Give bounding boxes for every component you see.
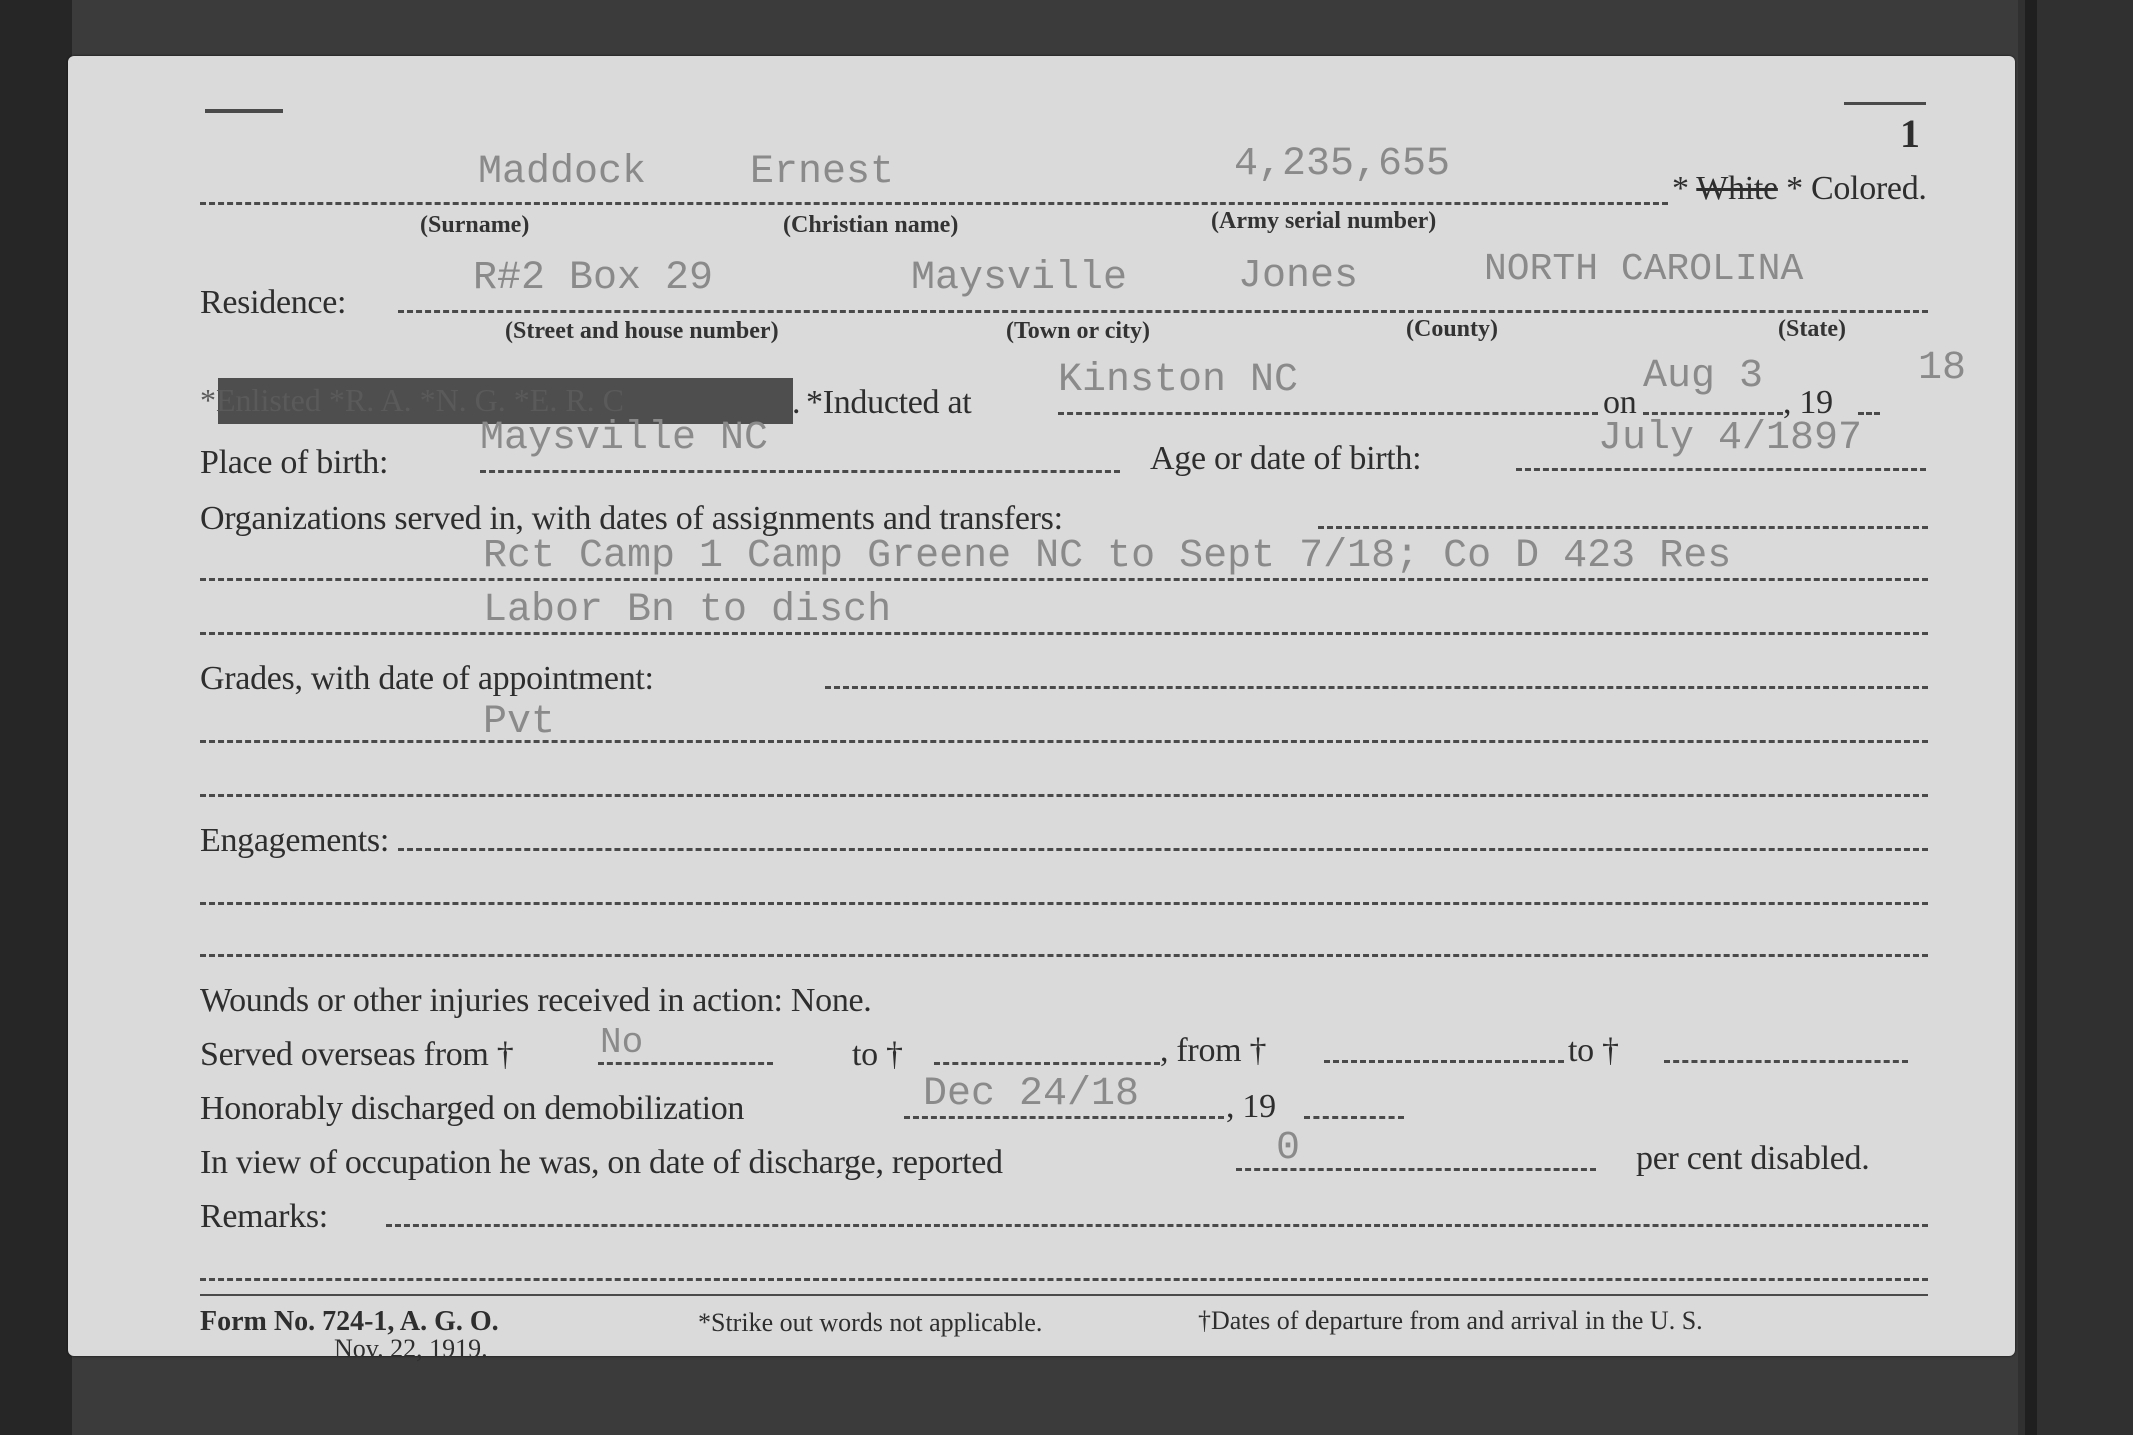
remarks-label: Remarks: xyxy=(200,1198,328,1236)
grades-line-0 xyxy=(825,686,1928,689)
residence-label: Residence: xyxy=(200,284,346,322)
page-number-overline xyxy=(1844,102,1926,105)
overseas-to-label: to † xyxy=(852,1036,903,1074)
discharge-year-prefix: , 19 xyxy=(1226,1088,1276,1126)
inducted-line xyxy=(1058,412,1598,415)
race-colored: Colored. xyxy=(1811,170,1927,207)
grades-line-2 xyxy=(200,794,1928,797)
overseas-from-value: No xyxy=(600,1022,643,1063)
organizations-value-1: Labor Bn to disch xyxy=(483,588,891,633)
discharge-label: Honorably discharged on demobilization xyxy=(200,1090,744,1128)
organizations-line-1 xyxy=(200,578,1928,581)
remarks-line-1 xyxy=(200,1278,1928,1281)
name-line xyxy=(200,202,1668,205)
date-of-birth-line xyxy=(1516,468,1926,471)
organizations-value-0: Rct Camp 1 Camp Greene NC to Sept 7/18; … xyxy=(483,534,1731,579)
engagements-line-0 xyxy=(398,848,1928,851)
wounds-label: Wounds or other injuries received in act… xyxy=(200,982,872,1020)
engagements-label: Engagements: xyxy=(200,822,389,860)
overseas-from-label: Served overseas from † xyxy=(200,1036,513,1074)
race-asterisk-2: * xyxy=(1786,170,1803,207)
discharge-date-value: Dec 24/18 xyxy=(923,1072,1139,1117)
organizations-line-2 xyxy=(200,632,1928,635)
induction-year-value: 18 xyxy=(1918,346,1966,391)
place-of-birth-label: Place of birth: xyxy=(200,444,388,482)
overseas-to2-label: to † xyxy=(1568,1032,1619,1070)
residence-state-value: NORTH CAROLINA xyxy=(1484,248,1803,291)
residence-town-value: Maysville xyxy=(911,256,1127,301)
race-options: * White * Colored. xyxy=(1672,170,1927,208)
serial-number-label: (Army serial number) xyxy=(1211,208,1436,235)
place-of-birth-value: Maysville NC xyxy=(480,416,768,461)
surname-label: (Surname) xyxy=(420,212,529,239)
induction-year-line xyxy=(1858,412,1880,415)
disability-line xyxy=(1236,1168,1596,1171)
date-of-birth-label: Age or date of birth: xyxy=(1150,440,1421,478)
race-white-struck: White xyxy=(1696,170,1778,207)
residence-street-value: R#2 Box 29 xyxy=(473,256,713,301)
induction-date-value: Aug 3 xyxy=(1643,354,1763,399)
disability-value: 0 xyxy=(1276,1126,1300,1171)
inducted-place-value: Kinston NC xyxy=(1058,358,1298,403)
grades-line-1 xyxy=(200,740,1928,743)
disability-suffix: per cent disabled. xyxy=(1636,1140,1869,1178)
enlisted-options-redacted: *Enlisted *R. A. *N. G. *E. R. C xyxy=(200,382,624,419)
discharge-year-line xyxy=(1304,1116,1404,1119)
grades-value-0: Pvt xyxy=(483,700,555,745)
service-record-card: 1 Maddock Ernest 4,235,655 * White * Col… xyxy=(68,56,2015,1356)
race-asterisk-1: * xyxy=(1672,170,1689,207)
residence-county-value: Jones xyxy=(1238,254,1358,299)
induction-date-line xyxy=(1643,412,1783,415)
discharge-date-line xyxy=(904,1116,1224,1119)
residence-line xyxy=(398,310,1928,313)
remarks-line-0 xyxy=(386,1224,1928,1227)
christian-name-label: (Christian name) xyxy=(783,212,958,239)
county-label: (County) xyxy=(1406,316,1498,343)
surname-value: Maddock xyxy=(478,150,646,195)
overseas-from-line xyxy=(598,1062,773,1065)
organizations-line-0 xyxy=(1318,526,1928,529)
top-left-mark xyxy=(205,109,283,113)
date-of-birth-value: July 4/1897 xyxy=(1598,416,1862,461)
form-date: Nov. 22, 1919. xyxy=(334,1334,488,1364)
place-of-birth-line xyxy=(480,470,1120,473)
inducted-label: *Inducted at xyxy=(806,384,971,422)
christian-name-value: Ernest xyxy=(750,150,894,195)
engagements-line-1 xyxy=(200,902,1928,905)
dagger-note: †Dates of departure from and arrival in … xyxy=(1198,1306,1703,1336)
grades-label: Grades, with date of appointment: xyxy=(200,660,654,698)
state-label: (State) xyxy=(1778,316,1846,343)
serial-number-value: 4,235,655 xyxy=(1234,142,1450,187)
scan-background-left xyxy=(0,0,72,1435)
strike-out-note: *Strike out words not applicable. xyxy=(698,1308,1042,1338)
overseas-from2-line xyxy=(1324,1060,1564,1063)
organizations-label: Organizations served in, with dates of a… xyxy=(200,500,1063,538)
enlisted-suffix: . xyxy=(792,384,800,422)
overseas-to2-line xyxy=(1664,1060,1908,1063)
footer-rule xyxy=(200,1294,1928,1296)
page-number: 1 xyxy=(1900,110,1920,157)
street-label: (Street and house number) xyxy=(505,318,779,345)
disability-label: In view of occupation he was, on date of… xyxy=(200,1144,1003,1182)
scan-background-edge xyxy=(2025,0,2037,1435)
engagements-line-2 xyxy=(200,954,1928,957)
overseas-to-line xyxy=(934,1062,1160,1065)
overseas-from2-label: , from † xyxy=(1160,1032,1266,1070)
town-label: (Town or city) xyxy=(1006,318,1150,345)
